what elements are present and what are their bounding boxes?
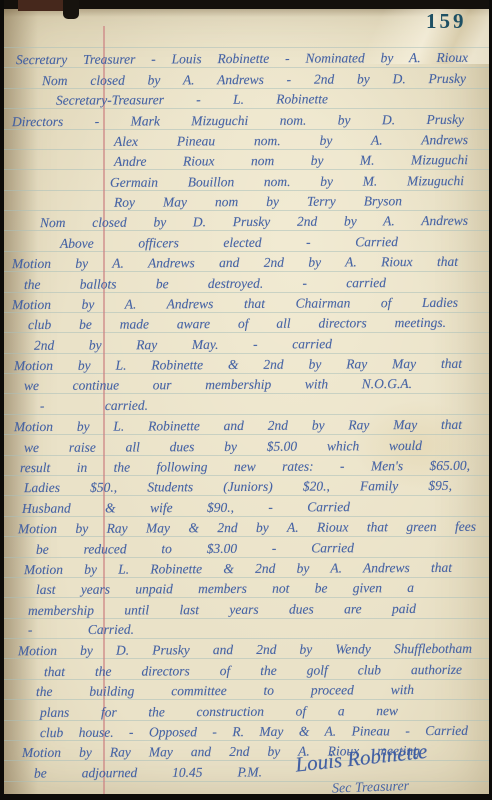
scan-border-left [0,0,4,800]
binding-notch [63,0,79,19]
manuscript-line: Ladies $50., Students (Juniors) $20., Fa… [24,476,452,498]
scanned-minutes-page: 159 Secretary Treasurer - Louis Robinett… [0,0,492,800]
manuscript-line: Motion by D. Prusky and 2nd by Wendy Shu… [18,639,472,661]
scan-border-bottom [0,794,492,800]
manuscript-line: Germain Bouillon nom. by M. Mizuguchi [110,171,464,193]
manuscript-line: Roy May nom by Terry Bryson [114,191,402,213]
manuscript-line: that the directors of the golf club auth… [44,660,462,682]
manuscript-line: result in the following new rates: - Men… [20,456,470,478]
manuscript-line: the ballots be destroyed. - carried [24,273,386,295]
manuscript-line: Motion by L. Robinette and 2nd by Ray Ma… [14,415,462,437]
page-number: 159 [426,9,482,34]
manuscript-line: club be made aware of all directors meet… [28,313,446,335]
manuscript-line: Husband & wife $90., - Carried [22,497,350,519]
manuscript-line: 2nd by Ray May. - carried [34,334,332,356]
manuscript-line: - carried. [40,396,148,417]
manuscript-line: club house. - Opposed - R. May & A. Pine… [40,721,468,743]
manuscript-line: Motion by L. Robinette & 2nd by A. Andre… [24,558,452,580]
manuscript-line: Andre Rioux nom by M. Mizuguchi [114,150,468,172]
manuscript-line: membership until last years dues are pai… [28,599,416,621]
manuscript-line: Nom closed by D. Prusky 2nd by A. Andrew… [40,211,468,233]
manuscript-line: last years unpaid members not be given a [36,578,414,600]
manuscript-line: the building committee to proceed with [36,680,414,702]
manuscript-line: Motion by A. Andrews and 2nd by A. Rioux… [12,252,458,274]
manuscript-line: Alex Pineau nom. by A. Andrews [114,130,468,152]
manuscript-line: Secretary-Treasurer - L. Robinette [56,89,328,110]
manuscript-line: we continue our membership with N.O.G.A. [24,374,412,396]
manuscript-line: be adjourned 10.45 P.M. [34,762,262,783]
manuscript-line: Nom closed by A. Andrews - 2nd by D. Pru… [42,69,466,91]
manuscript-line: Directors - Mark Mizuguchi nom. by D. Pr… [12,109,464,131]
manuscript-line: Motion by Ray May & 2nd by A. Rioux that… [18,517,476,539]
manuscript-line: Above officers elected - Carried [60,232,398,254]
manuscript-line: - Carried. [28,620,134,641]
manuscript-line: Motion by L. Robinette & 2nd by Ray May … [14,354,462,376]
manuscript-line: Secretary Treasurer - Louis Robinette - … [16,48,468,70]
manuscript-line: we raise all dues by $5.00 which would [24,436,422,458]
manuscript-line: be reduced to $3.00 - Carried [36,538,354,560]
manuscript-line: plans for the construction of a new [40,701,398,723]
manuscript-line: Motion by A. Andrews that Chairman of La… [12,293,458,315]
